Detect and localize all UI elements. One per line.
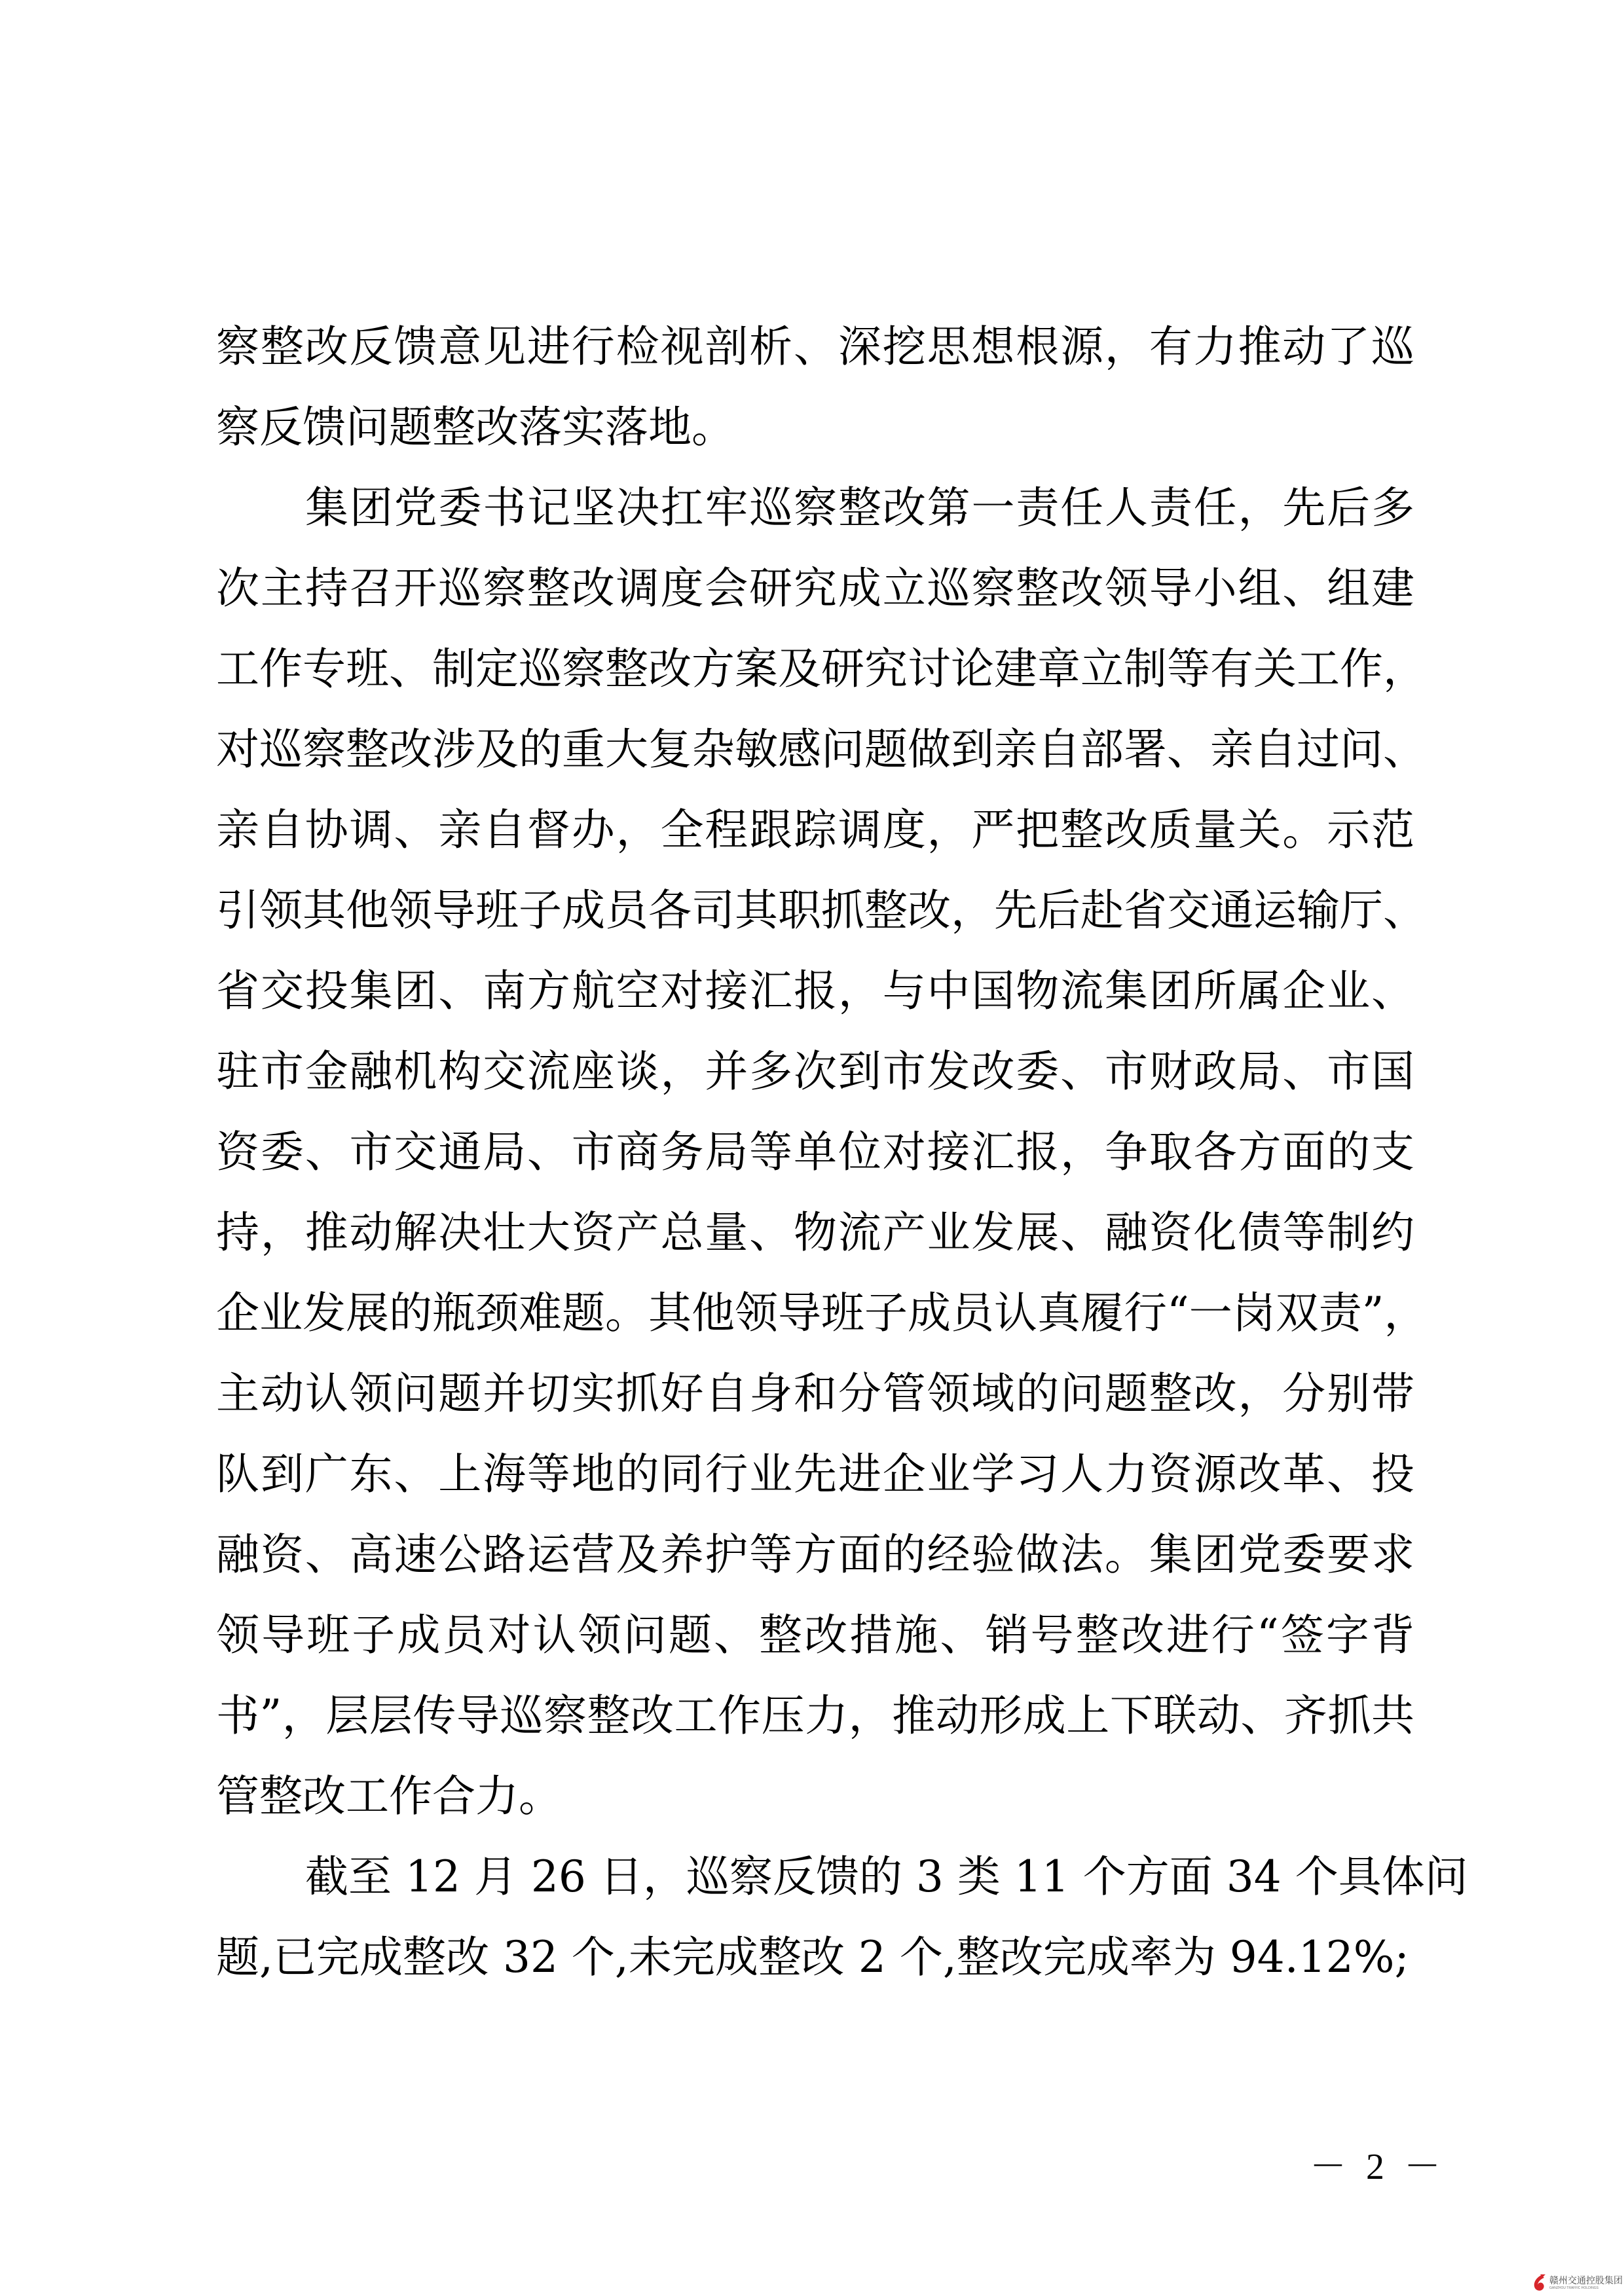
paragraph-2: 集团党委书记坚决扛牢巡察整改第一责任人责任，先后多 次主持召开巡察整改调度会研究… xyxy=(216,467,1414,1836)
text-line: 省交投集团、南方航空对接汇报，与中国物流集团所属企业、 xyxy=(216,951,1414,1031)
text-line: 工作专班、制定巡察整改方案及研究讨论建章立制等有关工作， xyxy=(216,629,1414,709)
text-line: 主动认领问题并切实抓好自身和分管领域的问题整改，分别带 xyxy=(216,1353,1414,1434)
text-line: 察整改反馈意见进行检视剖析、深挖思想根源，有力推动了巡 xyxy=(216,306,1414,387)
text-line: 融资、高速公路运营及养护等方面的经验做法。集团党委要求 xyxy=(216,1514,1414,1595)
text-line: 队到广东、上海等地的同行业先进企业学习人力资源改革、投 xyxy=(216,1434,1414,1514)
text-line: 企业发展的瓶颈难题。其他领导班子成员认真履行“一岗双责”， xyxy=(216,1273,1414,1353)
text-line: 驻市金融机构交流座谈，并多次到市发改委、市财政局、市国 xyxy=(216,1031,1414,1112)
paragraph-3: 截至 12 月 26 日，巡察反馈的 3 类 11 个方面 34 个具体问 题,… xyxy=(216,1836,1414,1997)
text-line: 察反馈问题整改落实落地。 xyxy=(216,387,1414,467)
text-line: 资委、市交通局、市商务局等单位对接汇报，争取各方面的支 xyxy=(216,1112,1414,1192)
company-name-en: GANZHOU TRAFFIC HOLDINGS xyxy=(1549,2286,1623,2291)
text-line: 书”，层层传导巡察整改工作压力，推动形成上下联动、齐抓共 xyxy=(216,1675,1414,1756)
text-line: 引领其他领导班子成员各司其职抓整改，先后赴省交通运输厅、 xyxy=(216,870,1414,951)
company-name-cn: 赣州交通控股集团 xyxy=(1549,2276,1623,2286)
document-body: 察整改反馈意见进行检视剖析、深挖思想根源，有力推动了巡 察反馈问题整改落实落地。… xyxy=(216,306,1414,1997)
text-line: 次主持召开巡察整改调度会研究成立巡察整改领导小组、组建 xyxy=(216,548,1414,629)
paragraph-1: 察整改反馈意见进行检视剖析、深挖思想根源，有力推动了巡 察反馈问题整改落实落地。 xyxy=(216,306,1414,467)
text-line: 集团党委书记坚决扛牢巡察整改第一责任人责任，先后多 xyxy=(216,467,1414,548)
company-watermark: 赣州交通控股集团 GANZHOU TRAFFIC HOLDINGS xyxy=(1532,2272,1623,2294)
company-logo-icon xyxy=(1532,2274,1547,2292)
text-line: 持，推动解决壮大资产总量、物流产业发展、融资化债等制约 xyxy=(216,1192,1414,1273)
text-line: 截至 12 月 26 日，巡察反馈的 3 类 11 个方面 34 个具体问 xyxy=(216,1836,1414,1917)
text-line: 题,已完成整改 32 个,未完成整改 2 个,整改完成率为 94.12%; xyxy=(216,1917,1414,1997)
page-number: － 2 － xyxy=(1310,2138,1446,2190)
text-line: 管整改工作合力。 xyxy=(216,1756,1414,1836)
text-line: 领导班子成员对认领问题、整改措施、销号整改进行“签字背 xyxy=(216,1595,1414,1675)
text-line: 亲自协调、亲自督办，全程跟踪调度，严把整改质量关。示范 xyxy=(216,790,1414,870)
text-line: 对巡察整改涉及的重大复杂敏感问题做到亲自部署、亲自过问、 xyxy=(216,709,1414,790)
